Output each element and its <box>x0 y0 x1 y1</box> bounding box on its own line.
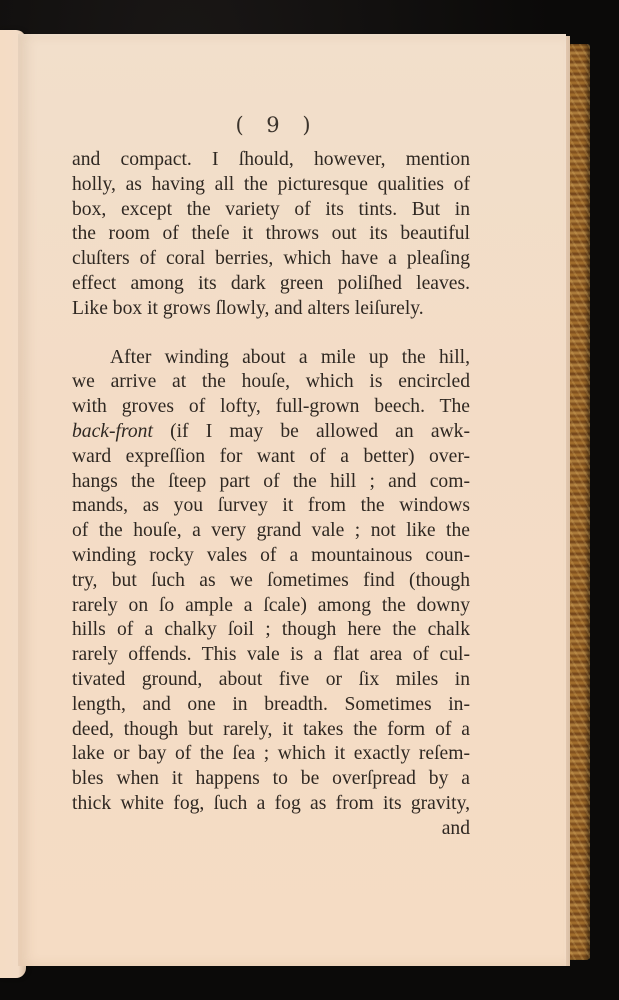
text-line: lake or bay of the ſea ; which it exactl… <box>72 742 470 767</box>
text-line: tivated ground, about five or ſix miles … <box>72 668 470 693</box>
paragraph-spacing <box>72 322 470 346</box>
paragraph-1: and compact. I ſhould, however, mention … <box>72 148 470 322</box>
page-text: and compact. I ſhould, however, mention … <box>72 148 470 842</box>
text-line: mands, as you ſurvey it from the windows <box>72 494 470 519</box>
text-line: of the houſe, a very grand vale ; not li… <box>72 519 470 544</box>
text-line: try, but ſuch as we ſometimes find (thou… <box>72 569 470 594</box>
text-line: we arrive at the houſe, which is encircl… <box>72 370 470 395</box>
text-line: deed, though but rarely, it takes the fo… <box>72 718 470 743</box>
text-line: hills of a chalky ſoil ; though here the… <box>72 618 470 643</box>
italic-term: back-front <box>72 421 153 442</box>
text-line: cluſters of coral berries, which have a … <box>72 247 470 272</box>
text-line: After winding about a mile up the hill, <box>72 346 470 371</box>
page-number: ( 9 ) <box>18 113 566 137</box>
text-line: rarely offends. This vale is a flat area… <box>72 643 470 668</box>
text-line: bles when it happens to be overſpread by… <box>72 767 470 792</box>
text-line: effect among its dark green poliſhed lea… <box>72 272 470 297</box>
text-line: box, except the variety of its tints. Bu… <box>72 198 470 223</box>
text-line: hangs the ſteep part of the hill ; and c… <box>72 470 470 495</box>
text-line: holly, as having all the picturesque qua… <box>72 173 470 198</box>
text-line: the room of theſe it throws out its beau… <box>72 222 470 247</box>
text-line: Like box it grows ſlowly, and alters lei… <box>72 297 470 322</box>
page-number-text: ( 9 ) <box>235 113 318 137</box>
text-line: length, and one in breadth. Sometimes in… <box>72 693 470 718</box>
catchword: and <box>72 817 470 842</box>
text-line-rest: (if I may be allowed an awk- <box>170 421 470 442</box>
text-line-with-italic: back-front (if I may be allowed an awk- <box>72 420 470 445</box>
text-line: ward expreſſion for want of a better) ov… <box>72 445 470 470</box>
text-line: thick white fog, ſuch a fog as from its … <box>72 792 470 817</box>
text-line: rarely on ſo ample a ſcale) among the do… <box>72 594 470 619</box>
text-line: winding rocky vales of a mountainous cou… <box>72 544 470 569</box>
text-line: and compact. I ſhould, however, mention <box>72 148 470 173</box>
paragraph-2: After winding about a mile up the hill, … <box>72 346 470 842</box>
text-line: with groves of lofty, full-grown beech. … <box>72 395 470 420</box>
